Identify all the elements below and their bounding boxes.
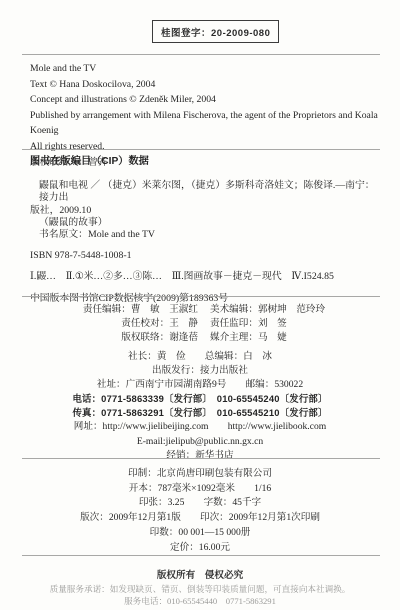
credits-row: 版权联络：谢逢蓓 媒介主理：马 婕 bbox=[38, 331, 374, 345]
print-run-line: 印数：00 001—15 000册 bbox=[0, 526, 400, 541]
cip-original-title: 书名原文：Mole and the TV bbox=[30, 229, 378, 241]
publisher-fax-line: 传真：0771-5863291〔发行部〕 010-65545210〔发行部〕 bbox=[0, 406, 400, 420]
cip-description-line2: 版社，2009.10 bbox=[30, 205, 378, 217]
divider-english-cip bbox=[22, 149, 380, 150]
arrangement-line: Published by arrangement with Milena Fis… bbox=[30, 108, 380, 139]
english-copyright-block: Mole and the TV Text © Hana Doskocilova,… bbox=[30, 61, 380, 170]
illustration-copyright-line: Concept and illustrations © Zdeněk Miler… bbox=[30, 92, 380, 108]
edition-line: 版次：2009年12月第1版 印次：2009年12月第1次印刷 bbox=[0, 511, 400, 526]
registration-number: 桂图登字：20-2009-080 bbox=[161, 28, 270, 39]
book-title-english: Mole and the TV bbox=[30, 61, 380, 77]
divider-printing-footer bbox=[22, 555, 380, 556]
cip-heading: 图书在版编目（CIP）数据 bbox=[30, 156, 378, 168]
service-phone-line: 服务电话：010-65545440 0771-5863291 bbox=[0, 595, 400, 607]
cip-series-title: （鼹鼠的故事） bbox=[30, 217, 378, 229]
distribution-line: 经销：新华书店 bbox=[0, 449, 400, 463]
cip-block: 图书在版编目（CIP）数据 鼹鼠和电视 ／ （捷克）米莱尔图，（捷克）多斯科奇洛… bbox=[30, 156, 378, 305]
rights-reserved-line: All rights reserved. bbox=[30, 139, 380, 155]
printing-info-block: 印制：北京尚唐印刷包装有限公司 开本：787毫米×1092毫米 1/16 印张：… bbox=[0, 467, 400, 555]
publisher-email-line: E-mail:jielipub@public.nn.gx.cn bbox=[0, 435, 400, 449]
printer-line: 印制：北京尚唐印刷包装有限公司 bbox=[0, 467, 400, 482]
sheets-wordcount-line: 印张：3.25 字数：45千字 bbox=[0, 496, 400, 511]
quality-promise-line: 质量服务承诺：如发现缺页、错页、倒装等印装质量问题，可直接向本社调换。 bbox=[0, 583, 400, 595]
copyright-page: 桂图登字：20-2009-080 Mole and the TV Text © … bbox=[0, 0, 400, 610]
credit-art-editors: 美术编辑：郭树坤 范玲玲 bbox=[210, 303, 325, 317]
credit-rights-liaison: 版权联络：谢逢蓓 bbox=[38, 331, 198, 345]
copyright-notice: 版权所有 侵权必究 bbox=[0, 567, 400, 581]
footer-block: 版权所有 侵权必究 质量服务承诺：如发现缺页、错页、倒装等印装质量问题，可直接向… bbox=[0, 567, 400, 607]
isbn-line: ISBN 978-7-5448-1008-1 bbox=[30, 250, 378, 262]
cip-classification-line: Ⅰ.鼹… Ⅱ.①米…②多…③陈… Ⅲ.图画故事－捷克－现代 Ⅳ.I524.85 bbox=[30, 271, 378, 283]
credit-proofreader: 责任校对：王 静 bbox=[38, 317, 198, 331]
publisher-phone-line: 电话：0771-5863339〔发行部〕 010-65545240〔发行部〕 bbox=[0, 392, 400, 406]
credits-row: 责任校对：王 静 责任监印：刘 签 bbox=[38, 317, 374, 331]
publisher-leaders-line: 社长：黄 俭 总编辑：白 冰 bbox=[0, 350, 400, 364]
price-line: 定价：16.00元 bbox=[0, 541, 400, 556]
publisher-info-block: 社长：黄 俭 总编辑：白 冰 出版发行：接力出版社 社址：广西南宁市园湖南路9号… bbox=[0, 350, 400, 463]
registration-number-box: 桂图登字：20-2009-080 bbox=[152, 20, 279, 43]
publisher-website-line: 网址：http://www.jielibeijing.com http://ww… bbox=[0, 420, 400, 434]
format-line: 开本：787毫米×1092毫米 1/16 bbox=[0, 482, 400, 497]
credit-print-supervisor: 责任监印：刘 签 bbox=[210, 317, 287, 331]
publisher-address-line: 社址：广西南宁市园湖南路9号 邮编：530022 bbox=[0, 378, 400, 392]
cip-description-line1: 鼹鼠和电视 ／ （捷克）米莱尔图，（捷克）多斯科奇洛娃文；陈俊译.—南宁：接力出 bbox=[30, 180, 378, 204]
credits-row: 责任编辑：曹 敏 王淑红 美术编辑：郭树坤 范玲玲 bbox=[38, 303, 374, 317]
credit-editors: 责任编辑：曹 敏 王淑红 bbox=[38, 303, 198, 317]
publishing-house-line: 出版发行：接力出版社 bbox=[0, 364, 400, 378]
divider-top bbox=[22, 54, 380, 55]
text-copyright-line: Text © Hana Doskocilova, 2004 bbox=[30, 77, 380, 93]
divider-cip-credits bbox=[22, 296, 380, 297]
staff-credits-block: 责任编辑：曹 敏 王淑红 美术编辑：郭树坤 范玲玲 责任校对：王 静 责任监印：… bbox=[38, 303, 374, 346]
credit-media-manager: 媒介主理：马 婕 bbox=[210, 331, 287, 345]
divider-publisher-printing bbox=[22, 458, 380, 459]
